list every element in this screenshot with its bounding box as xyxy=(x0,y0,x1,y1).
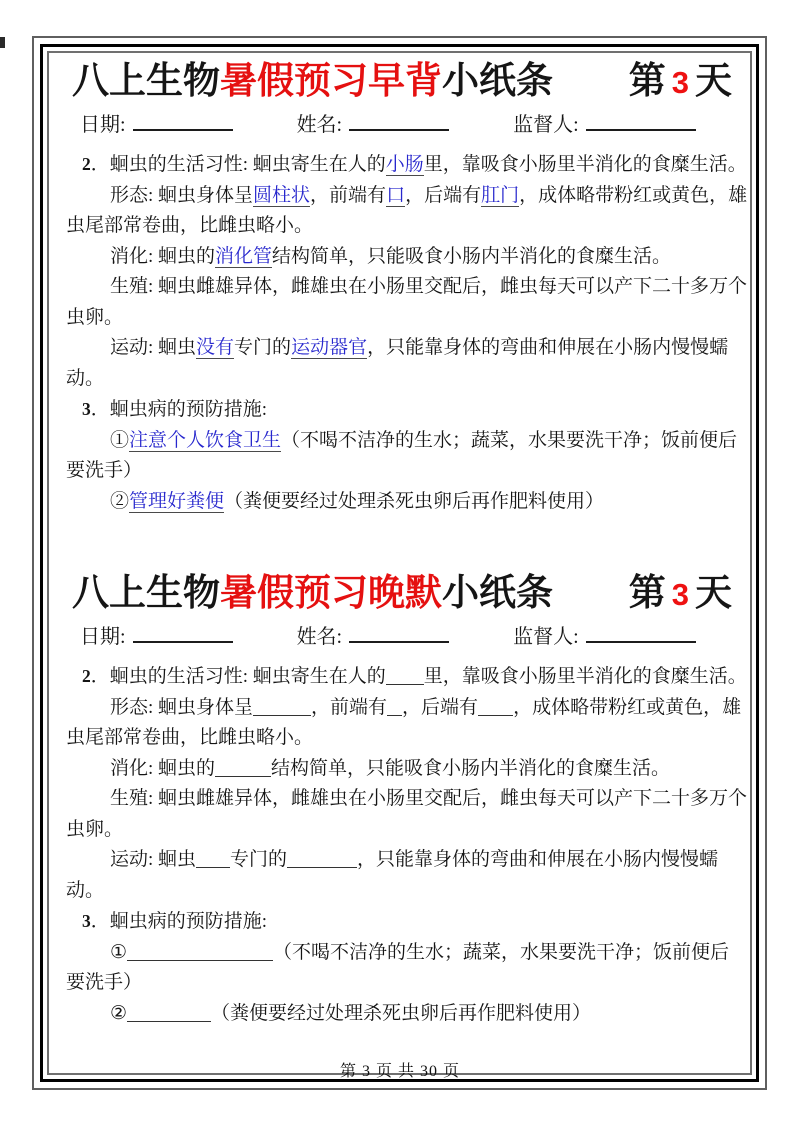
answer-text: 管理好粪便 xyxy=(129,491,224,513)
page-number: 第 3 页 共 30 页 xyxy=(0,1058,800,1081)
para-living-habits: 2．蛔虫的生活习性: 蛔虫寄生在人的里，靠吸食小肠里半消化的食糜生活。 xyxy=(66,661,748,693)
answer-text: 口 xyxy=(386,185,405,207)
text-run: 里，靠吸食小肠里半消化的食糜生活。 xyxy=(424,666,747,687)
blank-line xyxy=(387,696,402,716)
para-movement: 运动: 蛔虫没有专门的运动器官，只能靠身体的弯曲和伸展在小肠内慢慢蠕动。 xyxy=(66,333,748,394)
text-run: （粪便要经过处理杀死虫卵后再作肥料使用） xyxy=(224,491,604,512)
para-reproduction: 生殖: 蛔虫雌雄异体，雌雄虫在小肠里交配后，雌虫每天可以产下二十多万个虫卵。 xyxy=(66,272,748,333)
text-run: 第 xyxy=(629,61,668,102)
text-run: 天 xyxy=(695,573,734,614)
answer-text: 没有 xyxy=(196,337,234,359)
text-run: ① xyxy=(110,942,127,963)
field-supervisor: 监督人: xyxy=(513,110,696,140)
field-name: 姓名: xyxy=(297,622,450,652)
answer-text: 小肠 xyxy=(386,154,424,176)
para-prevention-item-1: ①注意个人饮食卫生（不喝不洁净的生水；蔬菜，水果要洗干净；饭前便后要洗手） xyxy=(66,426,748,487)
page-content: 八上生物暑假预习早背小纸条 第3天 日期: 姓名: xyxy=(49,53,750,1073)
answer-text: 注意个人饮食卫生 xyxy=(129,430,281,452)
para-digestion: 消化: 蛔虫的消化管结构简单，只能吸食小肠内半消化的食糜生活。 xyxy=(66,242,748,273)
answer-text: 圆柱状 xyxy=(253,185,310,207)
text-run: 八上生物 xyxy=(72,573,220,614)
worksheet-page: 八上生物暑假预习早背小纸条 第3天 日期: 姓名: xyxy=(0,0,800,1131)
fields-row: 日期: 姓名: 监督人: xyxy=(80,110,748,140)
para-prevention-item-1: ①（不喝不洁净的生水；蔬菜，水果要洗干净；饭前便后要洗手） xyxy=(66,938,748,999)
field-supervisor: 监督人: xyxy=(513,622,696,652)
field-label: 日期: xyxy=(80,110,126,140)
day-number: 3 xyxy=(668,65,695,100)
text-run: ② xyxy=(110,1003,127,1024)
blank-line xyxy=(386,665,424,685)
para-morphology: 形态: 蛔虫身体呈，前端有，后端有，成体略带粉红或黄色，雄虫尾部常卷曲，比雌虫略… xyxy=(66,693,748,754)
blank-line xyxy=(287,848,357,868)
para-living-habits: 2．蛔虫的生活习性: 蛔虫寄生在人的小肠里，靠吸食小肠里半消化的食糜生活。 xyxy=(66,149,748,181)
field-label: 姓名: xyxy=(297,110,343,140)
para-morphology: 形态: 蛔虫身体呈圆柱状，前端有口，后端有肛门，成体略带粉红或黄色，雄虫尾部常卷… xyxy=(66,181,748,242)
text-run: 小纸条 xyxy=(442,573,553,614)
text-run: 八上生物 xyxy=(72,61,220,102)
text-run: 里，靠吸食小肠里半消化的食糜生活。 xyxy=(424,154,747,175)
para-prevention-heading: 3．蛔虫病的预防措施: xyxy=(66,906,748,938)
text-run: 专门的 xyxy=(230,849,287,870)
blank-line xyxy=(127,941,273,961)
section-morning: 八上生物暑假预习早背小纸条 第3天 日期: 姓名: xyxy=(66,59,748,517)
field-date: 日期: xyxy=(80,110,233,140)
answer-text: 消化管 xyxy=(215,246,272,268)
section-body: 2．蛔虫的生活习性: 蛔虫寄生在人的小肠里，靠吸食小肠里半消化的食糜生活。 形态… xyxy=(66,149,748,517)
text-run: ．蛔虫病的预防措施: xyxy=(91,399,267,420)
answer-text: 运动器官 xyxy=(291,337,367,359)
field-label: 日期: xyxy=(80,622,126,652)
question-number: 2 xyxy=(82,154,91,174)
text-run: ．蛔虫的生活习性: 蛔虫寄生在人的 xyxy=(91,154,386,175)
field-blank-line xyxy=(349,110,449,131)
fields-row: 日期: 姓名: 监督人: xyxy=(80,622,748,652)
section-evening: 八上生物暑假预习晚默小纸条 第3天 日期: 姓名: xyxy=(66,571,748,1029)
question-number: 3 xyxy=(82,399,91,419)
red-text: 暑假预习晚默 xyxy=(220,573,442,614)
outer-border: 八上生物暑假预习早背小纸条 第3天 日期: 姓名: xyxy=(32,36,767,1090)
text-run: 运动: 蛔虫 xyxy=(110,337,196,358)
para-prevention-item-2: ②管理好粪便（粪便要经过处理杀死虫卵后再作肥料使用） xyxy=(66,487,748,518)
field-label: 姓名: xyxy=(297,622,343,652)
blank-line xyxy=(253,696,311,716)
para-movement: 运动: 蛔虫专门的，只能靠身体的弯曲和伸展在小肠内慢慢蠕动。 xyxy=(66,845,748,906)
text-run: ，后端有 xyxy=(402,697,478,718)
text-run: ② xyxy=(110,491,129,512)
text-run: 运动: 蛔虫 xyxy=(110,849,196,870)
section-title: 八上生物暑假预习早背小纸条 第3天 xyxy=(72,59,734,106)
text-run: 形态: 蛔虫身体呈 xyxy=(110,697,253,718)
section-title: 八上生物暑假预习晚默小纸条 第3天 xyxy=(72,571,734,618)
para-prevention-heading: 3．蛔虫病的预防措施: xyxy=(66,394,748,426)
text-run: ，前端有 xyxy=(311,697,387,718)
blank-line xyxy=(127,1002,211,1022)
text-run: 生殖: 蛔虫雌雄异体，雌雄虫在小肠里交配后，雌虫每天可以产下二十多万个虫卵。 xyxy=(66,276,747,328)
field-blank-line xyxy=(349,622,449,643)
text-run: 消化: 蛔虫的 xyxy=(110,246,215,267)
field-blank-line xyxy=(586,622,696,643)
field-label: 监督人: xyxy=(513,110,579,140)
text-run: ．蛔虫的生活习性: 蛔虫寄生在人的 xyxy=(91,666,386,687)
field-blank-line xyxy=(586,110,696,131)
para-prevention-item-2: ②（粪便要经过处理杀死虫卵后再作肥料使用） xyxy=(66,999,748,1030)
text-run: （粪便要经过处理杀死虫卵后再作肥料使用） xyxy=(211,1003,591,1024)
field-blank-line xyxy=(133,110,233,131)
text-run: ．蛔虫病的预防措施: xyxy=(91,911,267,932)
title-text: 八上生物暑假预习晚默小纸条 xyxy=(72,571,553,617)
text-run: 消化: 蛔虫的 xyxy=(110,758,215,779)
blank-line xyxy=(196,848,230,868)
text-run: ，前端有 xyxy=(310,185,386,206)
field-name: 姓名: xyxy=(297,110,450,140)
section-body: 2．蛔虫的生活习性: 蛔虫寄生在人的里，靠吸食小肠里半消化的食糜生活。 形态: … xyxy=(66,661,748,1029)
scan-artifact xyxy=(0,37,5,48)
blank-line xyxy=(478,696,513,716)
question-number: 3 xyxy=(82,911,91,931)
red-text: 暑假预习早背 xyxy=(220,61,442,102)
answer-text: 肛门 xyxy=(481,185,519,207)
blank-line xyxy=(215,757,271,777)
title-day-label: 第3天 xyxy=(629,571,734,618)
field-blank-line xyxy=(133,622,233,643)
field-label: 监督人: xyxy=(513,622,579,652)
thick-border: 八上生物暑假预习早背小纸条 第3天 日期: 姓名: xyxy=(40,44,759,1082)
text-run: 天 xyxy=(695,61,734,102)
day-number: 3 xyxy=(668,577,695,612)
text-run: ① xyxy=(110,430,129,451)
para-digestion: 消化: 蛔虫的结构简单，只能吸食小肠内半消化的食糜生活。 xyxy=(66,754,748,785)
text-run: 结构简单，只能吸食小肠内半消化的食糜生活。 xyxy=(272,246,671,267)
text-run: 专门的 xyxy=(234,337,291,358)
para-reproduction: 生殖: 蛔虫雌雄异体，雌雄虫在小肠里交配后，雌虫每天可以产下二十多万个虫卵。 xyxy=(66,784,748,845)
title-text: 八上生物暑假预习早背小纸条 xyxy=(72,59,553,105)
text-run: 形态: 蛔虫身体呈 xyxy=(110,185,253,206)
inner-border: 八上生物暑假预习早背小纸条 第3天 日期: 姓名: xyxy=(47,51,752,1075)
field-date: 日期: xyxy=(80,622,233,652)
question-number: 2 xyxy=(82,666,91,686)
text-run: ，后端有 xyxy=(405,185,481,206)
text-run: 第 xyxy=(629,573,668,614)
text-run: 小纸条 xyxy=(442,61,553,102)
text-run: 生殖: 蛔虫雌雄异体，雌雄虫在小肠里交配后，雌虫每天可以产下二十多万个虫卵。 xyxy=(66,788,747,840)
title-day-label: 第3天 xyxy=(629,59,734,106)
text-run: 结构简单，只能吸食小肠内半消化的食糜生活。 xyxy=(271,758,670,779)
